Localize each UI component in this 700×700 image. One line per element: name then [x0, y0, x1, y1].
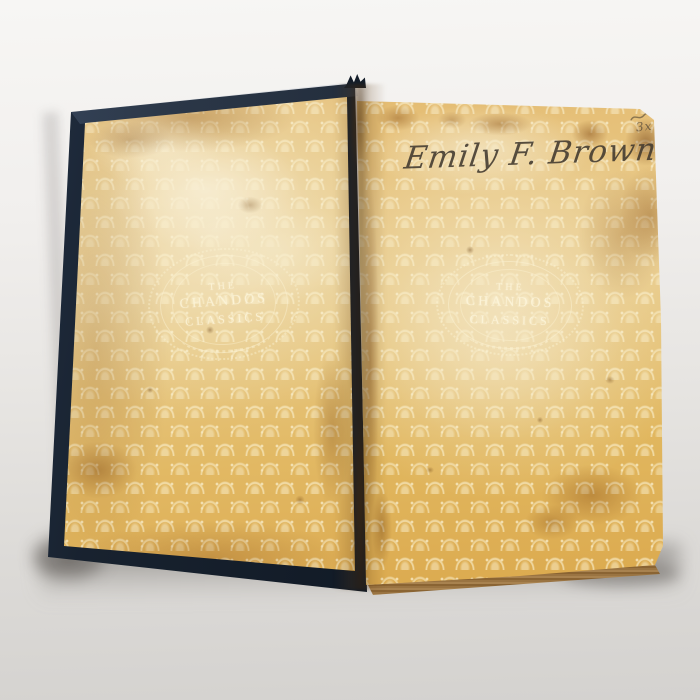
pencil-note-text: 3x	[635, 117, 668, 134]
photo-background: THE CHANDOS CLASSICS THE CHANDOS CLASSIC…	[0, 0, 700, 700]
medallion-text-the: THE	[496, 282, 525, 294]
pencil-note: 3x	[628, 108, 669, 146]
medallion-right: THE CHANDOS CLASSICS	[435, 252, 586, 358]
medallion-text-classics: CLASSICS	[185, 309, 266, 330]
gutter-shadow	[334, 84, 386, 590]
medallion-text-classics: CLASSICS	[469, 312, 549, 329]
medallion-text-the: THE	[208, 280, 237, 293]
medallion-text-chandos: CHANDOS	[466, 294, 555, 312]
medallion-left: THE CHANDOS CLASSICS	[144, 243, 303, 365]
